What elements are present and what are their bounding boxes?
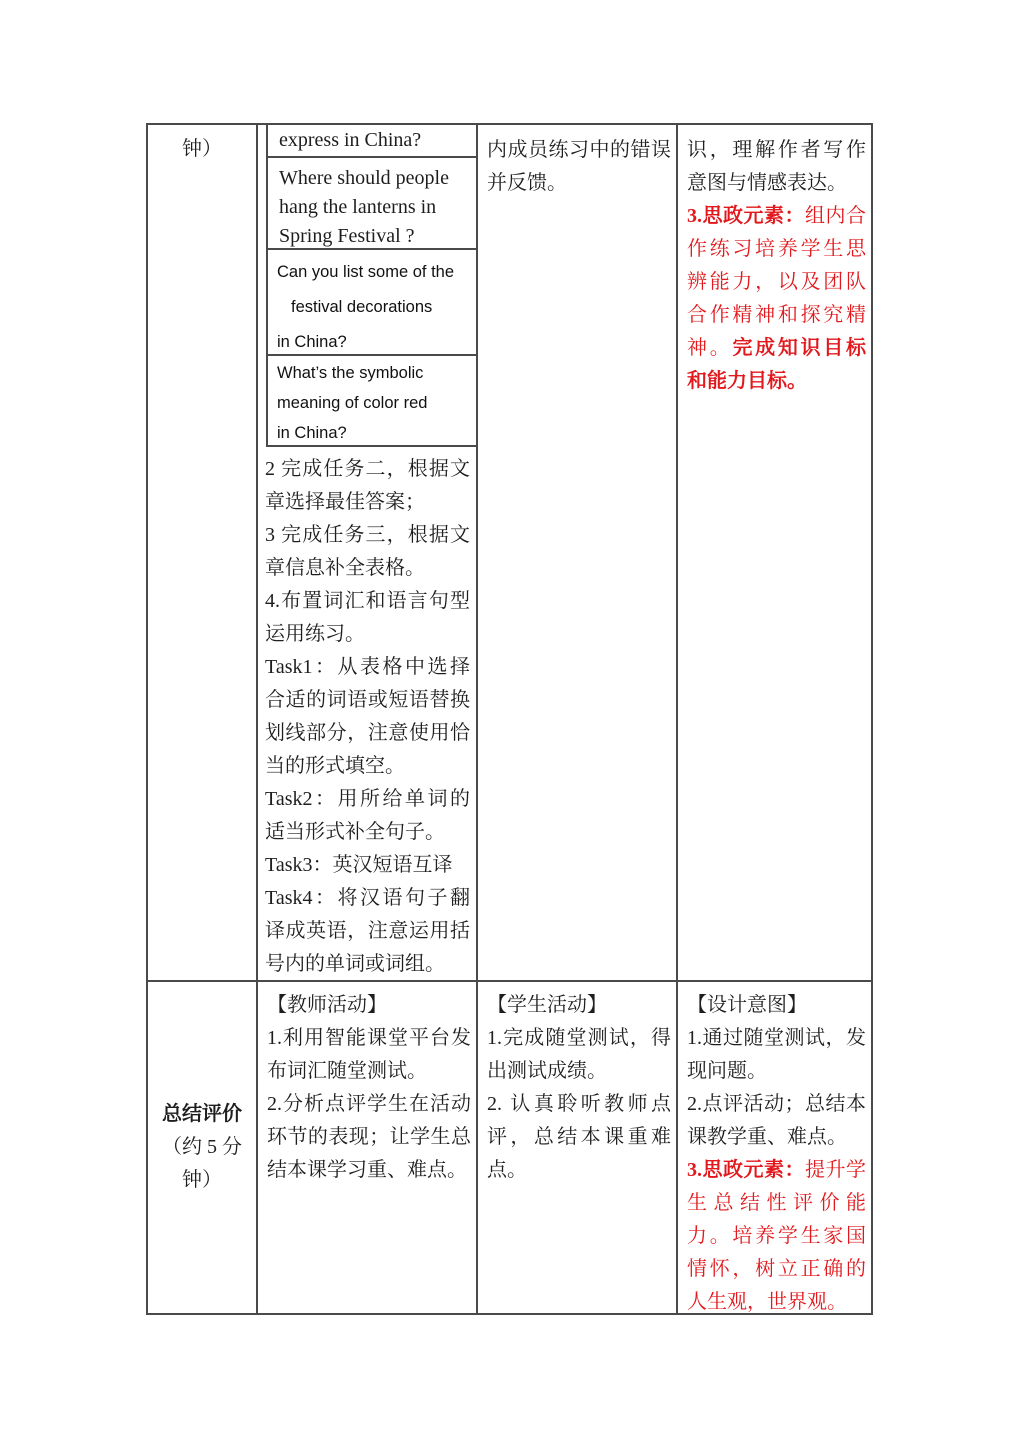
question-line: Where should people [279,164,474,193]
ideology-label: 3.思政元素： [687,1159,805,1181]
question-cell: Can you list some of the festival decora… [268,250,478,356]
row2-student-activity-cell: 【学生活动】 1.完成随堂测试，得出测试成绩。 2. 认真聆听教师点评，总结本课… [478,982,678,1313]
row1-teacher-activity-cell: express in China? Where should people ha… [258,125,478,982]
ideology-label: 3.思政元素： [687,205,805,227]
teacher-activity-item: 1.利用智能课堂平台发布词汇随堂测试。 [267,1022,471,1088]
student-activity-header: 【学生活动】 [487,989,671,1022]
teacher-activity-header: 【教师活动】 [267,989,471,1022]
question-line: Can you list some of the [277,255,474,290]
row2-teacher-activity-cell: 【教师活动】 1.利用智能课堂平台发布词汇随堂测试。 2.分析点评学生在活动环节… [258,982,478,1313]
design-intent-item: 2.点评活动；总结本课教学重、难点。 [687,1088,866,1154]
lesson-plan-table: 钟） express in China? Where should people… [146,123,873,1315]
question-cell: express in China? [268,125,478,158]
student-activity-item: 1.完成随堂测试，得出测试成绩。 [487,1022,671,1088]
stage-time-tail: 钟） [148,125,256,164]
teacher-task-paragraph: 4.布置词汇和语言句型运用练习。 [265,585,470,651]
question-cell: What’s the symbolic meaning of color red… [268,356,478,447]
design-intent-item: 1.通过随堂测试，发现问题。 [687,1022,866,1088]
row2-design-intent-cell: 【设计意图】 1.通过随堂测试，发现问题。 2.点评活动；总结本课教学重、难点。… [678,982,871,1313]
stage-time-line: （约 5 分 [162,1131,242,1164]
question-line: Spring Festival ? [279,222,474,250]
row1-stage-time-cell: 钟） [148,125,258,982]
stage-time-line: 钟） [182,1164,222,1197]
document-page: 钟） express in China? Where should people… [0,0,1024,1448]
question-line: express in China? [279,127,474,154]
teacher-task-paragraph: Task4：将汉语句子翻译成英语，注意运用括号内的单词或词组。 [265,882,470,981]
question-line: festival decorations [277,290,474,325]
row1-design-intent-cell: 识，理解作者写作意图与情感表达。 3.思政元素：组内合作练习培养学生思辨能力，以… [678,125,871,982]
teacher-task-paragraphs: 2 完成任务二，根据文章选择最佳答案； 3 完成任务三，根据文章信息补全表格。 … [258,447,476,981]
question-line: hang the lanterns in [279,193,474,222]
question-line: meaning of color red [277,388,474,418]
teacher-task-paragraph: Task2：用所给单词的适当形式补全句子。 [265,783,470,849]
question-cell: Where should people hang the lanterns in… [268,158,478,250]
question-sub-table: express in China? Where should people ha… [266,125,478,447]
student-activity-item: 2. 认真聆听教师点评，总结本课重难点。 [487,1088,671,1187]
ideology-text: 组内合作练习培养学生思辨能力，以及团队合作精神和探究精神。 [687,205,866,359]
design-intent-red-paragraph: 3.思政元素：组内合作练习培养学生思辨能力，以及团队合作精神和探究精神。完成知识… [687,200,866,398]
design-intent-header: 【设计意图】 [687,989,866,1022]
teacher-task-paragraph: 2 完成任务二，根据文章选择最佳答案； [265,453,470,519]
question-line: in China? [277,418,474,447]
teacher-activity-item: 2.分析点评学生在活动环节的表现；让学生总结本课学习重、难点。 [267,1088,471,1187]
ideology-text: 提升学生总结性评价能力。培养学生家国情怀，树立正确的人生观，世界观。 [687,1159,866,1313]
teacher-task-paragraph: 3 完成任务三，根据文章信息补全表格。 [265,519,470,585]
teacher-task-paragraph: Task3：英汉短语互译 [265,849,470,882]
stage-title: 总结评价 [162,1098,242,1131]
design-intent-black-text: 识，理解作者写作意图与情感表达。 [687,134,866,200]
student-activity-text: 内成员练习中的错误并反馈。 [487,134,671,200]
question-line: What’s the symbolic [277,358,474,388]
question-line: in China? [277,325,474,356]
design-intent-red-paragraph: 3.思政元素：提升学生总结性评价能力。培养学生家国情怀，树立正确的人生观，世界观… [687,1154,866,1313]
teacher-task-paragraph: Task1：从表格中选择合适的词语或短语替换划线部分，注意使用恰当的形式填空。 [265,651,470,783]
row1-student-activity-cell: 内成员练习中的错误并反馈。 [478,125,678,982]
row2-stage-cell: 总结评价 （约 5 分 钟） [148,982,258,1313]
